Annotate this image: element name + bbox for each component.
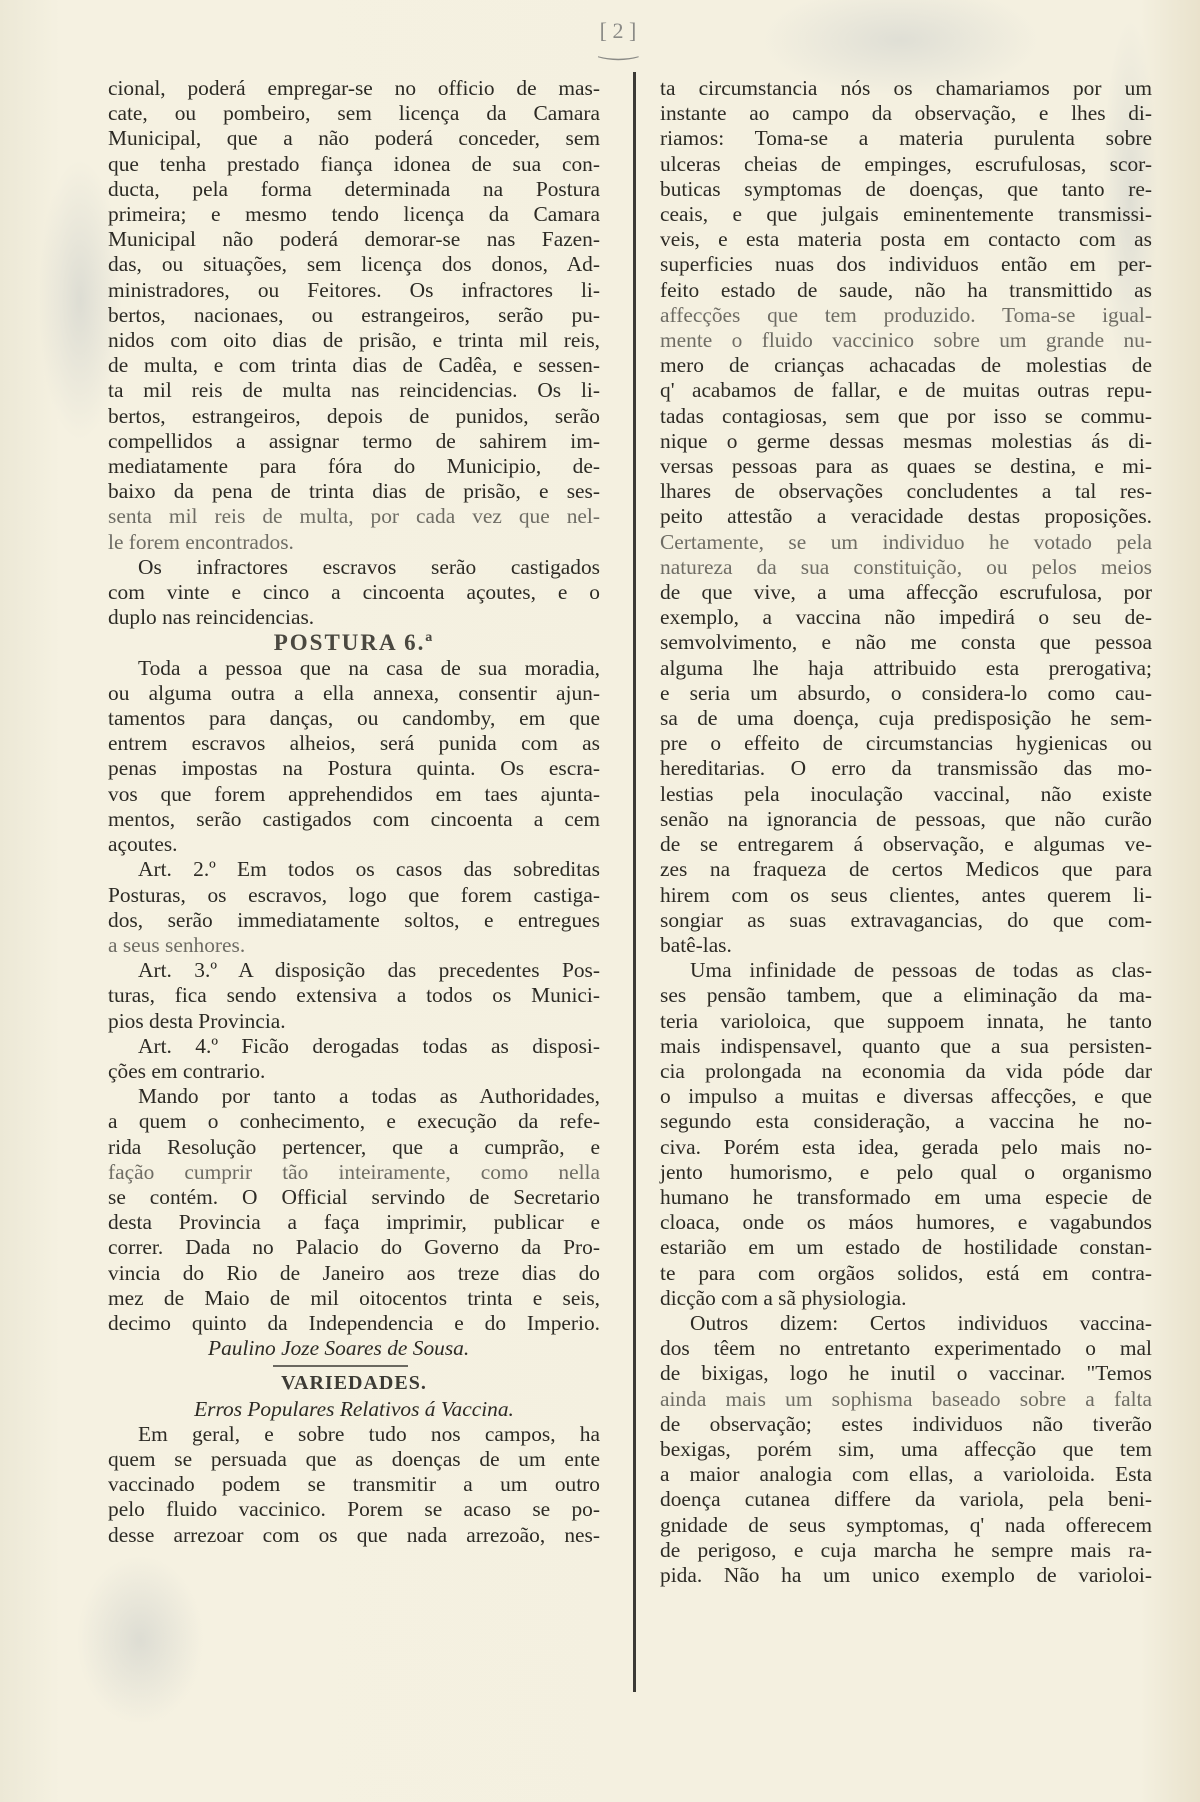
text-line: correr. Dada no Palacio do Governo da Pr…	[108, 1235, 600, 1260]
text-line: songiar as suas extravagancias, do que c…	[660, 908, 1152, 933]
text-line: dicção com a sã physiologia.	[660, 1286, 1152, 1311]
paragraph-art-2: Art. 2.º Em todos os casos das sobredita…	[108, 857, 600, 958]
text-line: tadas contagiosas, sem que por isso se c…	[660, 404, 1152, 429]
text-line: Art. 3.º A disposição das precedentes Po…	[108, 958, 600, 983]
text-line: Os infractores escravos serão castigados	[108, 555, 600, 580]
text-line: versas pessoas para as quaes se destina,…	[660, 454, 1152, 479]
paragraph-infinidade: Uma infinidade de pessoas de todas as cl…	[660, 958, 1152, 1311]
paragraph-outros: Outros dizem: Certos individuos vaccina-…	[660, 1311, 1152, 1588]
text-line: Municipal, que a não poderá conceder, se…	[108, 126, 600, 151]
text-line: rida Resolução pertencer, que a cumprão,…	[108, 1135, 600, 1160]
text-line: mediatamente para fóra do Municipio, de-	[108, 454, 600, 479]
paragraph-art-3: Art. 3.º A disposição das precedentes Po…	[108, 958, 600, 1034]
text-line: cional, poderá empregar-se no officio de…	[108, 76, 600, 101]
text-line: de que vive, a uma affecção escrufulosa,…	[660, 580, 1152, 605]
text-line: a maior analogia com ellas, a varioloida…	[660, 1462, 1152, 1487]
text-line: batê-las.	[660, 933, 1152, 958]
text-line: ceais, e que julgais eminentemente trans…	[660, 202, 1152, 227]
text-line: instante ao campo da observação, e lhes …	[660, 101, 1152, 126]
text-line: ducta, pela forma determinada na Postura	[108, 177, 600, 202]
text-line: affecções que tem produzido. Toma-se igu…	[660, 303, 1152, 328]
text-line: civa. Porém esta idea, gerada pelo mais …	[660, 1135, 1152, 1160]
text-line: bexigas, porém sim, uma affecção que tem	[660, 1437, 1152, 1462]
text-line: penas impostas na Postura quinta. Os esc…	[108, 756, 600, 781]
page-number: [ 2 ] ⏝	[588, 18, 648, 54]
section-rule	[108, 1361, 600, 1371]
text-line: de perigoso, e cuja marcha he sempre mai…	[660, 1538, 1152, 1563]
text-line: fação cumprir tão inteiramente, como nel…	[108, 1160, 600, 1185]
text-line: riamos: Toma-se a materia purulenta sobr…	[660, 126, 1152, 151]
left-column: cional, poderá empregar-se no officio de…	[108, 76, 600, 1548]
paragraph-variedades: Em geral, e sobre tudo nos campos, ha qu…	[108, 1422, 600, 1548]
text-line: pios desta Provincia.	[108, 1009, 600, 1034]
text-line: ministradores, ou Feitores. Os infractor…	[108, 278, 600, 303]
paragraph-infractores: Os infractores escravos serão castigados…	[108, 555, 600, 631]
text-line: senão na ignorancia de pessoas, que não …	[660, 807, 1152, 832]
text-line: pelo fluido vaccinico. Porem se acaso se…	[108, 1497, 600, 1522]
text-line: ta mil reis de multa nas reincidencias. …	[108, 378, 600, 403]
text-line: doença cutanea differe da variola, pela …	[660, 1487, 1152, 1512]
text-line: a quem o conhecimento, e execução da ref…	[108, 1109, 600, 1134]
text-line: ainda mais um sophisma baseado sobre a f…	[660, 1387, 1152, 1412]
column-divider	[633, 72, 636, 1692]
right-column: ta circumstancia nós os chamariamos por …	[660, 76, 1152, 1588]
text-line: que tenha prestado fiança idonea de sua …	[108, 152, 600, 177]
text-line: ta circumstancia nós os chamariamos por …	[660, 76, 1152, 101]
text-line: Mando por tanto a todas as Authoridades,	[108, 1084, 600, 1109]
text-line: Municipal não poderá demorar-se nas Faze…	[108, 227, 600, 252]
text-line: Em geral, e sobre tudo nos campos, ha	[108, 1422, 600, 1447]
text-line: nidos com oito dias de prisão, e trinta …	[108, 328, 600, 353]
text-line: mez de Maio de mil oitocentos trinta e s…	[108, 1286, 600, 1311]
text-line: compellidos a assignar termo de sahirem …	[108, 429, 600, 454]
article-title: Erros Populares Relativos á Vaccina.	[108, 1397, 600, 1422]
text-line: ções em contrario.	[108, 1059, 600, 1084]
text-line: peito attestão a veracidade destas propo…	[660, 504, 1152, 529]
text-line: pre o effeito de circumstancias hygienic…	[660, 731, 1152, 756]
text-line: zes na fraqueza de certos Medicos que pa…	[660, 857, 1152, 882]
text-line: de multa, e com trinta dias de Cadêa, e …	[108, 353, 600, 378]
text-line: Outros dizem: Certos individuos vaccina-	[660, 1311, 1152, 1336]
text-line: de observação; estes individuos não tive…	[660, 1412, 1152, 1437]
signature: Paulino Joze Soares de Sousa.	[108, 1336, 600, 1361]
text-line: jento humorismo, e pelo qual o organismo	[660, 1160, 1152, 1185]
text-line: mero de crianças achacadas de molestias …	[660, 353, 1152, 378]
text-line: e seria um absurdo, o considera-lo como …	[660, 681, 1152, 706]
text-line: semvolvimento, e não me consta que pesso…	[660, 630, 1152, 655]
text-line: alguma lhe haja attribuido esta prerogat…	[660, 656, 1152, 681]
paragraph-postura-6: Toda a pessoa que na casa de sua moradia…	[108, 656, 600, 858]
text-line: Art. 2.º Em todos os casos das sobredita…	[108, 857, 600, 882]
section-heading-variedades: VARIEDADES.	[108, 1371, 600, 1396]
text-line: humano he transformado em uma especie de	[660, 1185, 1152, 1210]
text-line: de se entregarem á observação, e algumas…	[660, 832, 1152, 857]
postura-heading: POSTURA 6.ª	[108, 630, 600, 655]
text-line: q' acabamos de fallar, e de muitas outra…	[660, 378, 1152, 403]
text-line: pida. Não ha um unico exemplo de variolo…	[660, 1563, 1152, 1588]
text-line: veis, e esta materia posta em contacto c…	[660, 227, 1152, 252]
text-line: ulceras cheias de empinges, escrufulosas…	[660, 152, 1152, 177]
text-line: desse arrezoar com os que nada arrezoão,…	[108, 1523, 600, 1548]
text-line: decimo quinto da Independencia e do Impe…	[108, 1311, 600, 1336]
text-line: vincia do Rio de Janeiro aos treze dias …	[108, 1261, 600, 1286]
paragraph-art-4: Art. 4.º Ficão derogadas todas as dispos…	[108, 1034, 600, 1084]
text-line: mais indispensavel, quanto que a sua per…	[660, 1034, 1152, 1059]
text-line: estarião em um estado de hostilidade con…	[660, 1235, 1152, 1260]
text-line: ses pensão tambem, que a eliminação da m…	[660, 983, 1152, 1008]
text-line: a seus senhores.	[108, 933, 600, 958]
text-line: segundo esta consideração, a vaccina he …	[660, 1109, 1152, 1134]
text-line: Art. 4.º Ficão derogadas todas as dispos…	[108, 1034, 600, 1059]
text-line: senta mil reis de multa, por cada vez qu…	[108, 504, 600, 529]
text-line: mente o fluido vaccinico sobre um grande…	[660, 328, 1152, 353]
text-line: o impulso a muitas e diversas affecções,…	[660, 1084, 1152, 1109]
text-line: cloaca, onde os máos humores, e vagabund…	[660, 1210, 1152, 1235]
text-line: dos, serão immediatamente soltos, e entr…	[108, 908, 600, 933]
text-line: Uma infinidade de pessoas de todas as cl…	[660, 958, 1152, 983]
text-line: exemplo, a vaccina não impedirá o seu de…	[660, 605, 1152, 630]
text-line: bertos, nacionaes, ou estrangeiros, serã…	[108, 303, 600, 328]
text-line: te para com orgãos solidos, está em cont…	[660, 1261, 1152, 1286]
text-line: mentos, serão castigados com cincoenta a…	[108, 807, 600, 832]
text-line: natureza da sua constituição, ou pelos m…	[660, 555, 1152, 580]
text-line: cate, ou pombeiro, sem licença da Camara	[108, 101, 600, 126]
text-line: açoutes.	[108, 832, 600, 857]
text-line: vos que forem apprehendidos em taes ajun…	[108, 782, 600, 807]
text-line: superficies nuas dos individuos então em…	[660, 252, 1152, 277]
text-line: com vinte e cinco a cincoenta açoutes, e…	[108, 580, 600, 605]
text-line: dos têem no entretanto experimentado o m…	[660, 1336, 1152, 1361]
text-line: primeira; e mesmo tendo licença da Camar…	[108, 202, 600, 227]
text-line: bertos, estrangeiros, depois de punidos,…	[108, 404, 600, 429]
text-line: teria varioloica, que suppoem innata, he…	[660, 1009, 1152, 1034]
text-line: baixo da pena de trinta dias de prisão, …	[108, 479, 600, 504]
text-line: duplo nas reincidencias.	[108, 605, 600, 630]
text-line: buticas symptomas de doenças, que tanto …	[660, 177, 1152, 202]
text-line: sa de uma doença, cuja predisposição he …	[660, 706, 1152, 731]
text-line: desta Provincia a faça imprimir, publica…	[108, 1210, 600, 1235]
text-line: quem se persuada que as doenças de um en…	[108, 1447, 600, 1472]
text-line: entrem escravos alheios, será punida com…	[108, 731, 600, 756]
text-line: turas, fica sendo extensiva a todos os M…	[108, 983, 600, 1008]
brace-ornament-icon: ⏝	[546, 44, 690, 54]
text-line: feito estado de saude, não ha transmitti…	[660, 278, 1152, 303]
text-line: le forem encontrados.	[108, 530, 600, 555]
text-line: das, ou situações, sem licença dos donos…	[108, 252, 600, 277]
text-line: Posturas, os escravos, logo que forem ca…	[108, 883, 600, 908]
text-line: de bixigas, logo he inutil o vaccinar. "…	[660, 1361, 1152, 1386]
text-line: hereditarias. O erro da transmissão das …	[660, 756, 1152, 781]
text-line: hirem com os seus clientes, antes querem…	[660, 883, 1152, 908]
paragraph-mascate: cional, poderá empregar-se no officio de…	[108, 76, 600, 555]
text-line: gnidade de seus symptomas, q' nada offer…	[660, 1513, 1152, 1538]
text-line: se contém. O Official servindo de Secret…	[108, 1185, 600, 1210]
text-line: Certamente, se um individuo he votado pe…	[660, 530, 1152, 555]
text-line: ou alguma outra a ella annexa, consentir…	[108, 681, 600, 706]
paragraph-observacao: ta circumstancia nós os chamariamos por …	[660, 76, 1152, 958]
text-line: lestias pela inoculação vaccinal, não ex…	[660, 782, 1152, 807]
text-line: tamentos para danças, ou candomby, em qu…	[108, 706, 600, 731]
text-line: Toda a pessoa que na casa de sua moradia…	[108, 656, 600, 681]
text-line: vaccinado podem se transmitir a um outro	[108, 1472, 600, 1497]
text-line: lhares de observações concludentes a tal…	[660, 479, 1152, 504]
paragraph-mando: Mando por tanto a todas as Authoridades,…	[108, 1084, 600, 1336]
text-line: cia prolongada na economia da vida póde …	[660, 1059, 1152, 1084]
text-line: nique o germe dessas mesmas molestias ás…	[660, 429, 1152, 454]
